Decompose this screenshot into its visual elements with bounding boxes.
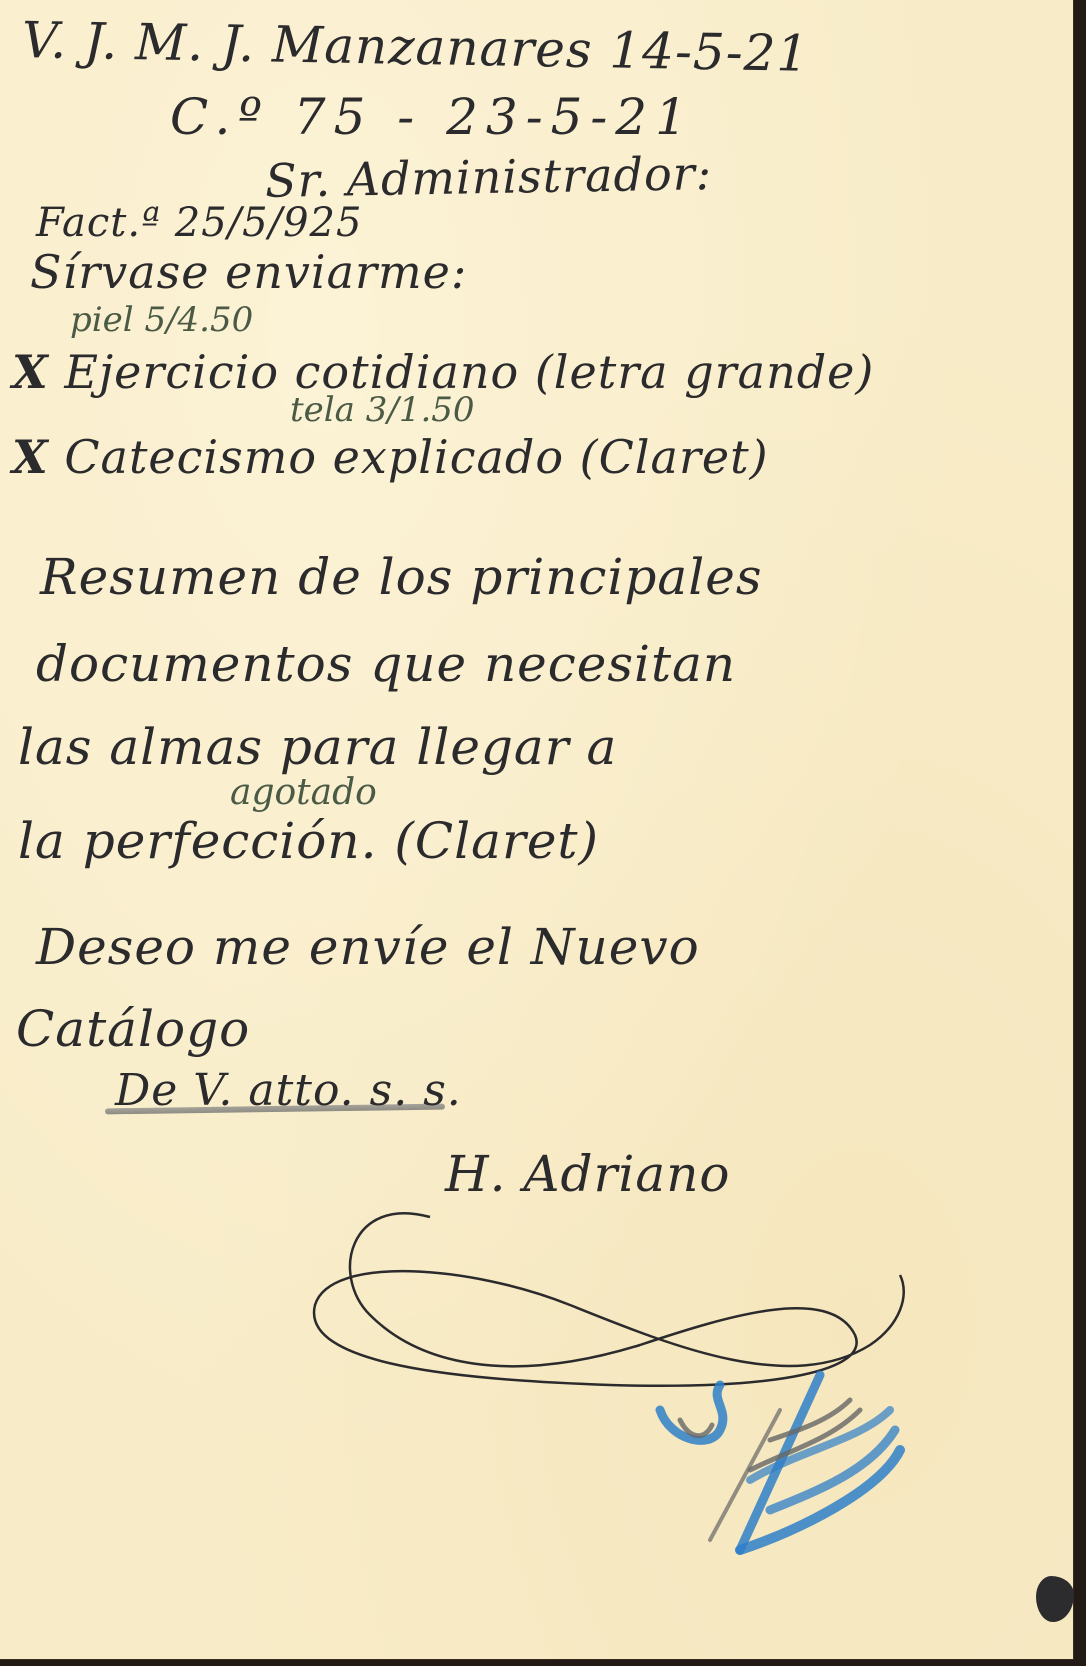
header-line-1: V. J. M. J. Manzanares 14-5-21	[22, 11, 810, 83]
out-of-stock-annotation: agotado	[230, 772, 377, 813]
scan-border-right	[1074, 0, 1086, 1666]
paragraph-line-4: la perfección. (Claret)	[18, 812, 599, 870]
paragraph-line-2: documentos que necesitan	[36, 635, 736, 693]
header-line-2: C.º 75 - 23-5-21	[170, 88, 695, 146]
paragraph-line-1: Resumen de los principales	[40, 548, 762, 606]
item-1-checkmark: X	[12, 345, 49, 399]
salutation: Sr. Administrador:	[265, 146, 713, 208]
body-intro: Sírvase enviarme:	[30, 245, 467, 299]
invoice-date-annotation: Fact.ª 25/5/925	[36, 200, 362, 246]
signature-flourish	[310, 1195, 930, 1395]
request-line-1: Deseo me envíe el Nuevo	[36, 918, 700, 976]
item-2-title: Catecismo explicado (Claret)	[64, 430, 768, 484]
item-2-price-annotation: tela 3/1.50	[290, 390, 475, 430]
item-2-checkmark: X	[12, 430, 49, 484]
item-1-price-annotation: piel 5/4.50	[70, 300, 253, 340]
ink-blot	[1036, 1576, 1074, 1622]
request-line-2: Catálogo	[16, 1000, 250, 1058]
scan-border-bottom	[0, 1660, 1086, 1666]
paragraph-line-3: las almas para llegar a	[18, 718, 617, 776]
postcard: V. J. M. J. Manzanares 14-5-21 C.º 75 - …	[0, 0, 1074, 1660]
closing: De V. atto. s. s.	[115, 1065, 462, 1116]
item-2-text: X Catecismo explicado (Claret)	[12, 430, 769, 484]
crayon-mark	[650, 1370, 950, 1570]
